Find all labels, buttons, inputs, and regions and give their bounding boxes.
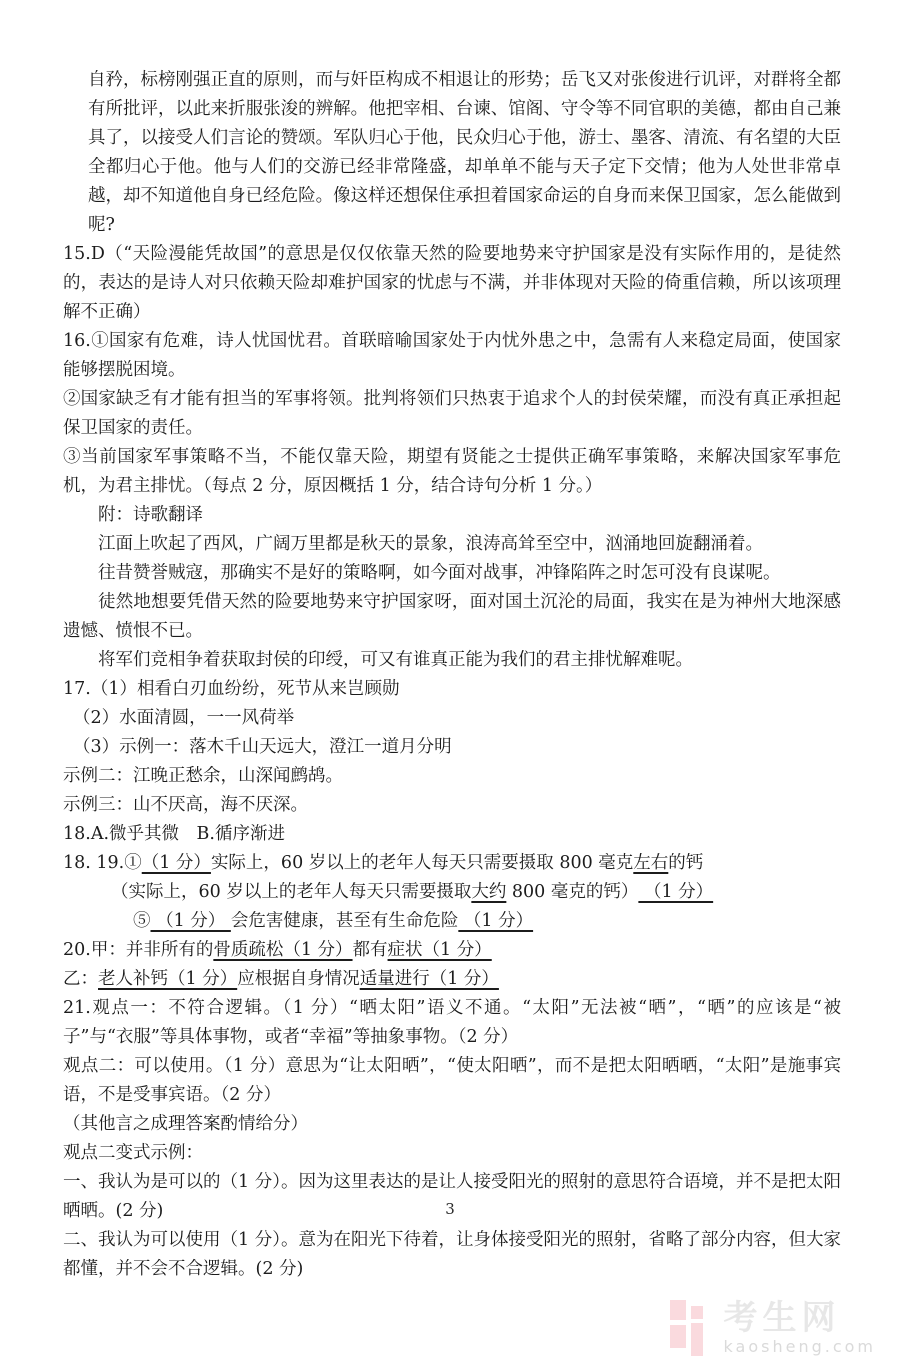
text-run: 17.（1）相看白刃血纷纷，死节从来岂顾勋	[63, 679, 399, 699]
text-run: ③当前国家军事策略不当，不能仅靠天险，期望有贤能之士提供正确军事策略，来解决国家…	[63, 447, 841, 496]
underlined-text-run: （1 分）	[151, 911, 231, 931]
text-run: （其他言之成理答案酌情给分）	[63, 1114, 308, 1134]
answer-16-point-1: 16.①国家有危难，诗人忧国忧君。首联暗喻国家处于内忧外患之中，急需有人来稳定局…	[63, 327, 841, 385]
text-run: 16.①国家有危难，诗人忧国忧君。首联暗喻国家处于内忧外患之中，急需有人来稳定局…	[63, 331, 841, 380]
watermark: 考生网 kaosheng.com	[670, 1300, 876, 1356]
poem-translation-line-3: 徒然地想要凭借天然的险要地势来守护国家呀，面对国土沉沦的局面，我实在是为神州大地…	[63, 588, 841, 646]
underlined-text-run: 大约	[471, 882, 506, 902]
logo-block	[691, 1306, 703, 1319]
answer-14-translation-continuation: 自矜，标榜刚强正直的原则，而与奸臣构成不相退让的形势；岳飞又对张俊进行讥评，对群…	[63, 66, 841, 240]
text-run: 应根据自身情况	[237, 969, 360, 989]
underlined-text-run: （1 分）	[638, 882, 713, 902]
underlined-text-run: （1 分）	[458, 911, 533, 931]
text-run: 附：诗歌翻译	[98, 505, 203, 525]
text-run: 的钙	[668, 853, 703, 873]
answer-17-example-2: 示例二：江晚正愁余，山深闻鹧鸪。	[63, 762, 841, 791]
answer-21-viewpoint-1: 21.观点一：不符合逻辑。（1 分）“晒太阳”语义不通。“太阳”无法被“晒”，“…	[63, 994, 841, 1052]
text-run: 15.D（“天险漫能凭故国”的意思是仅仅依靠天然的险要地势来守护国家是没有实际作…	[63, 244, 841, 322]
text-run: 往昔赞誉贼寇，那确实不是好的策略啊，如今面对战事，冲锋陷阵之时怎可没有良谋呢。	[98, 563, 781, 583]
answer-21-note: （其他言之成理答案酌情给分）	[63, 1110, 841, 1139]
answer-20-jia: 20.甲：并非所有的骨质疏松（1 分）都有症状（1 分）	[63, 936, 841, 965]
text-run: ⑤	[133, 911, 151, 931]
poem-translation-line-1: 江面上吹起了西风，广阔万里都是秋天的景象，浪涛高耸至空中，汹涌地回旋翻涌着。	[63, 530, 841, 559]
answer-17-3: （3）示例一：落木千山天远大，澄江一道月分明	[63, 733, 841, 762]
watermark-text: 考生网 kaosheng.com	[724, 1301, 876, 1355]
answer-17-1: 17.（1）相看白刃血纷纷，死节从来岂顾勋	[63, 675, 841, 704]
text-run: 江面上吹起了西风，广阔万里都是秋天的景象，浪涛高耸至空中，汹涌地回旋翻涌着。	[98, 534, 763, 554]
text-run: 观点二：可以使用。（1 分）意思为“让太阳晒”，“使太阳晒”，而不是把太阳晒晒，…	[63, 1056, 841, 1105]
footer: 3	[0, 1200, 900, 1218]
logo-block	[670, 1325, 686, 1348]
text-run: （2）水面清圆，一一风荷举	[73, 708, 294, 728]
text-run: 观点二变式示例：	[63, 1143, 203, 1163]
underlined-text-run: 适量进行（1 分）	[360, 969, 499, 989]
underlined-text-run: 左右	[633, 853, 668, 873]
answer-19-item-5: ⑤ （1 分） 会危害健康，甚至有生命危险 （1 分）	[63, 907, 841, 936]
watermark-domain: kaosheng.com	[724, 1339, 876, 1355]
answer-16-point-2: ②国家缺乏有才能有担当的军事将领。批判将领们只热衷于追求个人的封侯荣耀，而没有真…	[63, 385, 841, 443]
underlined-text-run: （1 分）	[142, 853, 211, 873]
poem-translation-line-4: 将军们竞相争着获取封侯的印绶，可又有谁真正能为我们的君主排忧解难呢。	[63, 646, 841, 675]
answer-19-item-1-correction: （实际上，60 岁以上的老年人每天只需要摄取大约 800 毫克的钙） （1 分）	[63, 878, 841, 907]
text-run: 徒然地想要凭借天然的险要地势来守护国家呀，面对国土沉沦的局面，我实在是为神州大地…	[63, 592, 841, 641]
document-body: 自矜，标榜刚强正直的原则，而与奸臣构成不相退让的形势；岳飞又对张俊进行讥评，对群…	[63, 66, 841, 1284]
text-run: 实际上，60 岁以上的老年人每天只需要摄取 800 毫克	[211, 853, 633, 873]
text-run: 20.甲：并非所有的	[63, 940, 213, 960]
text-run: 都有	[353, 940, 388, 960]
scanned-answer-page: 自矜，标榜刚强正直的原则，而与奸臣构成不相退让的形势；岳飞又对张俊进行讥评，对群…	[0, 0, 900, 1372]
answer-20-yi: 乙：老人补钙（1 分）应根据自身情况适量进行（1 分）	[63, 965, 841, 994]
answer-15: 15.D（“天险漫能凭故国”的意思是仅仅依靠天然的险要地势来守护国家是没有实际作…	[63, 240, 841, 327]
logo-block	[691, 1323, 703, 1356]
text-run: 将军们竞相争着获取封侯的印绶，可又有谁真正能为我们的君主排忧解难呢。	[98, 650, 693, 670]
answer-21-variants-title: 观点二变式示例：	[63, 1139, 841, 1168]
answer-17-example-3: 示例三：山不厌高，海不厌深。	[63, 791, 841, 820]
text-run: 示例三：山不厌高，海不厌深。	[63, 795, 308, 815]
text-run: 18. 19.①	[63, 853, 142, 873]
underlined-text-run: 老人补钙（1 分）	[98, 969, 237, 989]
answer-16-point-3: ③当前国家军事策略不当，不能仅靠天险，期望有贤能之士提供正确军事策略，来解决国家…	[63, 443, 841, 501]
kaosheng-logo-icon	[670, 1300, 710, 1356]
answer-17-2: （2）水面清圆，一一风荷举	[63, 704, 841, 733]
answer-18: 18.A.微乎其微 B.循序渐进	[63, 820, 841, 849]
answer-21-variant-2: 二、我认为可以使用（1 分）。意为在阳光下待着，让身体接受阳光的照射，省略了部分…	[63, 1226, 841, 1284]
text-run: 示例二：江晚正愁余，山深闻鹧鸪。	[63, 766, 343, 786]
text-run: 21.观点一：不符合逻辑。（1 分）“晒太阳”语义不通。“太阳”无法被“晒”，“…	[63, 998, 841, 1047]
text-run: 二、我认为可以使用（1 分）。意为在阳光下待着，让身体接受阳光的照射，省略了部分…	[63, 1230, 841, 1279]
watermark-brand-name: 考生网	[724, 1301, 876, 1335]
text-run: 乙：	[63, 969, 98, 989]
poem-translation-title: 附：诗歌翻译	[63, 501, 841, 530]
text-run: 自矜，标榜刚强正直的原则，而与奸臣构成不相退让的形势；岳飞又对张俊进行讥评，对群…	[88, 70, 841, 235]
answer-21-viewpoint-2: 观点二：可以使用。（1 分）意思为“让太阳晒”，“使太阳晒”，而不是把太阳晒晒，…	[63, 1052, 841, 1110]
text-run: 会危害健康，甚至有生命危险	[231, 911, 459, 931]
page-number: 3	[445, 1200, 455, 1218]
logo-block	[670, 1300, 686, 1320]
text-run: 800 毫克的钙）	[506, 882, 638, 902]
underlined-text-run: 骨质疏松（1 分）	[213, 940, 352, 960]
text-run: （实际上，60 岁以上的老年人每天只需要摄取	[111, 882, 471, 902]
poem-translation-line-2: 往昔赞誉贼寇，那确实不是好的策略啊，如今面对战事，冲锋陷阵之时怎可没有良谋呢。	[63, 559, 841, 588]
text-run: 18.A.微乎其微 B.循序渐进	[63, 824, 285, 844]
underlined-text-run: 症状（1 分）	[388, 940, 492, 960]
answer-19-item-1: 18. 19.①（1 分）实际上，60 岁以上的老年人每天只需要摄取 800 毫…	[63, 849, 841, 878]
text-run: ②国家缺乏有才能有担当的军事将领。批判将领们只热衷于追求个人的封侯荣耀，而没有真…	[63, 389, 841, 438]
text-run: （3）示例一：落木千山天远大，澄江一道月分明	[73, 737, 452, 757]
